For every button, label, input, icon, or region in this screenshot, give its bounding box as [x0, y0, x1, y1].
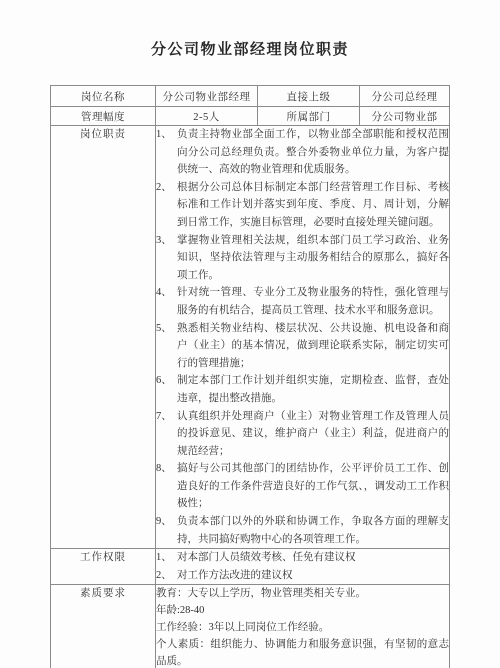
duty-item-number: 3、	[156, 232, 177, 285]
header-row-2: 管理幅度 2-5人 所属部门 分公司物业部	[51, 107, 450, 126]
duty-item-number: 5、	[156, 320, 177, 373]
duty-item-text: 制定本部门工作计划并组织实施，定期检查、监督，查处违章，提出整改措施。	[177, 372, 449, 407]
duty-item: 3、 掌握物业管理相关法规，组织本部门员工学习政治、业务知识，坚持依法管理与主动…	[156, 232, 449, 285]
cell-position-name-value: 分公司物业部经理	[156, 86, 258, 107]
cell-department-value: 分公司物业部	[360, 107, 450, 126]
duty-item-text: 掌握物业管理相关法规，组织本部门员工学习政治、业务知识，坚持依法管理与主动服务相…	[177, 232, 449, 285]
duty-item: 5、 熟悉相关物业结构、楼层状况、公共设施、机电设备和商户（业主）的基本情况，做…	[156, 320, 449, 373]
authority-item: 2、 对工作方法改进的建议权	[156, 567, 449, 585]
duty-item: 2、 根据分公司总体目标制定本部门经营管理工作目标、考核标准和工作计划并落实到年…	[156, 179, 449, 232]
cell-management-span-label: 管理幅度	[51, 107, 156, 126]
cell-position-name-label: 岗位名称	[51, 86, 156, 107]
duty-item-text: 根据分公司总体目标制定本部门经营管理工作目标、考核标准和工作计划并落实到年度、季…	[177, 179, 449, 232]
authority-item-number: 1、	[156, 549, 177, 567]
quality-content: 教育：大专以上学历，物业管理类相关专业。 年龄:28-40 工作经验：3年以上同…	[156, 585, 450, 668]
duty-item-text: 负责本部门以外的外联和协调工作，争取各方面的理解支持，共同搞好购物中心的各项管理…	[177, 513, 449, 548]
cell-department-label: 所属部门	[258, 107, 360, 126]
duty-item: 4、 针对统一管理、专业分工及物业服务的特性，强化管理与服务的有机结合，提高员工…	[156, 284, 449, 319]
duty-item-text: 负责主持物业部全面工作，以物业部全部职能和授权范围向分公司总经理负责。整合外委物…	[177, 126, 449, 179]
duty-item-number: 9、	[156, 513, 177, 548]
duty-item-number: 1、	[156, 126, 177, 179]
authority-item-text: 对工作方法改进的建议权	[177, 567, 449, 585]
duty-item-text: 搞好与公司其他部门的团结协作，公平评价员工工作、创造良好的工作条件营造良好的工作…	[177, 460, 449, 513]
authority-row: 工作权限 1、 对本部门人员绩效考核、任免有建议权 2、 对工作方法改进的建议权	[51, 549, 450, 585]
authority-content: 1、 对本部门人员绩效考核、任免有建议权 2、 对工作方法改进的建议权	[156, 549, 450, 585]
quality-line-age: 年龄:28-40	[156, 602, 449, 619]
duties-row: 岗位职责 1、 负责主持物业部全面工作，以物业部全部职能和授权范围向分公司总经理…	[51, 126, 450, 549]
duty-item-text: 针对统一管理、专业分工及物业服务的特性，强化管理与服务的有机结合，提高员工管理、…	[177, 284, 449, 319]
duty-item: 9、 负责本部门以外的外联和协调工作，争取各方面的理解支持，共同搞好购物中心的各…	[156, 513, 449, 548]
authority-item-text: 对本部门人员绩效考核、任免有建议权	[177, 549, 449, 567]
quality-label: 素质要求	[51, 585, 156, 668]
duty-item-number: 8、	[156, 460, 177, 513]
duty-item-text: 认真组织并处理商户（业主）对物业管理工作及管理人员的投诉意见、建议，维护商户（业…	[177, 408, 449, 461]
duty-item: 7、 认真组织并处理商户（业主）对物业管理工作及管理人员的投诉意见、建议，维护商…	[156, 408, 449, 461]
authority-item-number: 2、	[156, 567, 177, 585]
duties-content: 1、 负责主持物业部全面工作，以物业部全部职能和授权范围向分公司总经理负责。整合…	[156, 126, 450, 549]
duty-item-text: 熟悉相关物业结构、楼层状况、公共设施、机电设备和商户（业主）的基本情况，做到理论…	[177, 320, 449, 373]
cell-direct-superior-value: 分公司总经理	[360, 86, 450, 107]
duty-item: 6、 制定本部门工作计划并组织实施，定期检查、监督，查处违章，提出整改措施。	[156, 372, 449, 407]
authority-label: 工作权限	[51, 549, 156, 585]
header-row-1: 岗位名称 分公司物业部经理 直接上级 分公司总经理	[51, 86, 450, 107]
duty-item: 1、 负责主持物业部全面工作，以物业部全部职能和授权范围向分公司总经理负责。整合…	[156, 126, 449, 179]
duty-item-number: 6、	[156, 372, 177, 407]
job-description-table: 岗位名称 分公司物业部经理 直接上级 分公司总经理 管理幅度 2-5人 所属部门…	[50, 85, 450, 668]
cell-management-span-value: 2-5人	[156, 107, 258, 126]
quality-line-experience: 工作经验：3年以上同岗位工作经验。	[156, 619, 449, 636]
duty-item-number: 7、	[156, 408, 177, 461]
duty-item-number: 2、	[156, 179, 177, 232]
duties-label: 岗位职责	[51, 126, 156, 549]
duty-item: 8、 搞好与公司其他部门的团结协作，公平评价员工工作、创造良好的工作条件营造良好…	[156, 460, 449, 513]
cell-direct-superior-label: 直接上级	[258, 86, 360, 107]
document-page: 分公司物业部经理岗位职责 岗位名称 分公司物业部经理 直接上级 分公司总经理 管…	[0, 0, 500, 668]
authority-item: 1、 对本部门人员绩效考核、任免有建议权	[156, 549, 449, 567]
duty-item-number: 4、	[156, 284, 177, 319]
quality-line-personal: 个人素质：组织能力、协调能力和服务意识强，有坚韧的意志品质。	[156, 636, 449, 668]
quality-row: 素质要求 教育：大专以上学历，物业管理类相关专业。 年龄:28-40 工作经验：…	[51, 585, 450, 668]
quality-line-education: 教育：大专以上学历，物业管理类相关专业。	[156, 585, 449, 602]
document-title: 分公司物业部经理岗位职责	[0, 0, 500, 60]
